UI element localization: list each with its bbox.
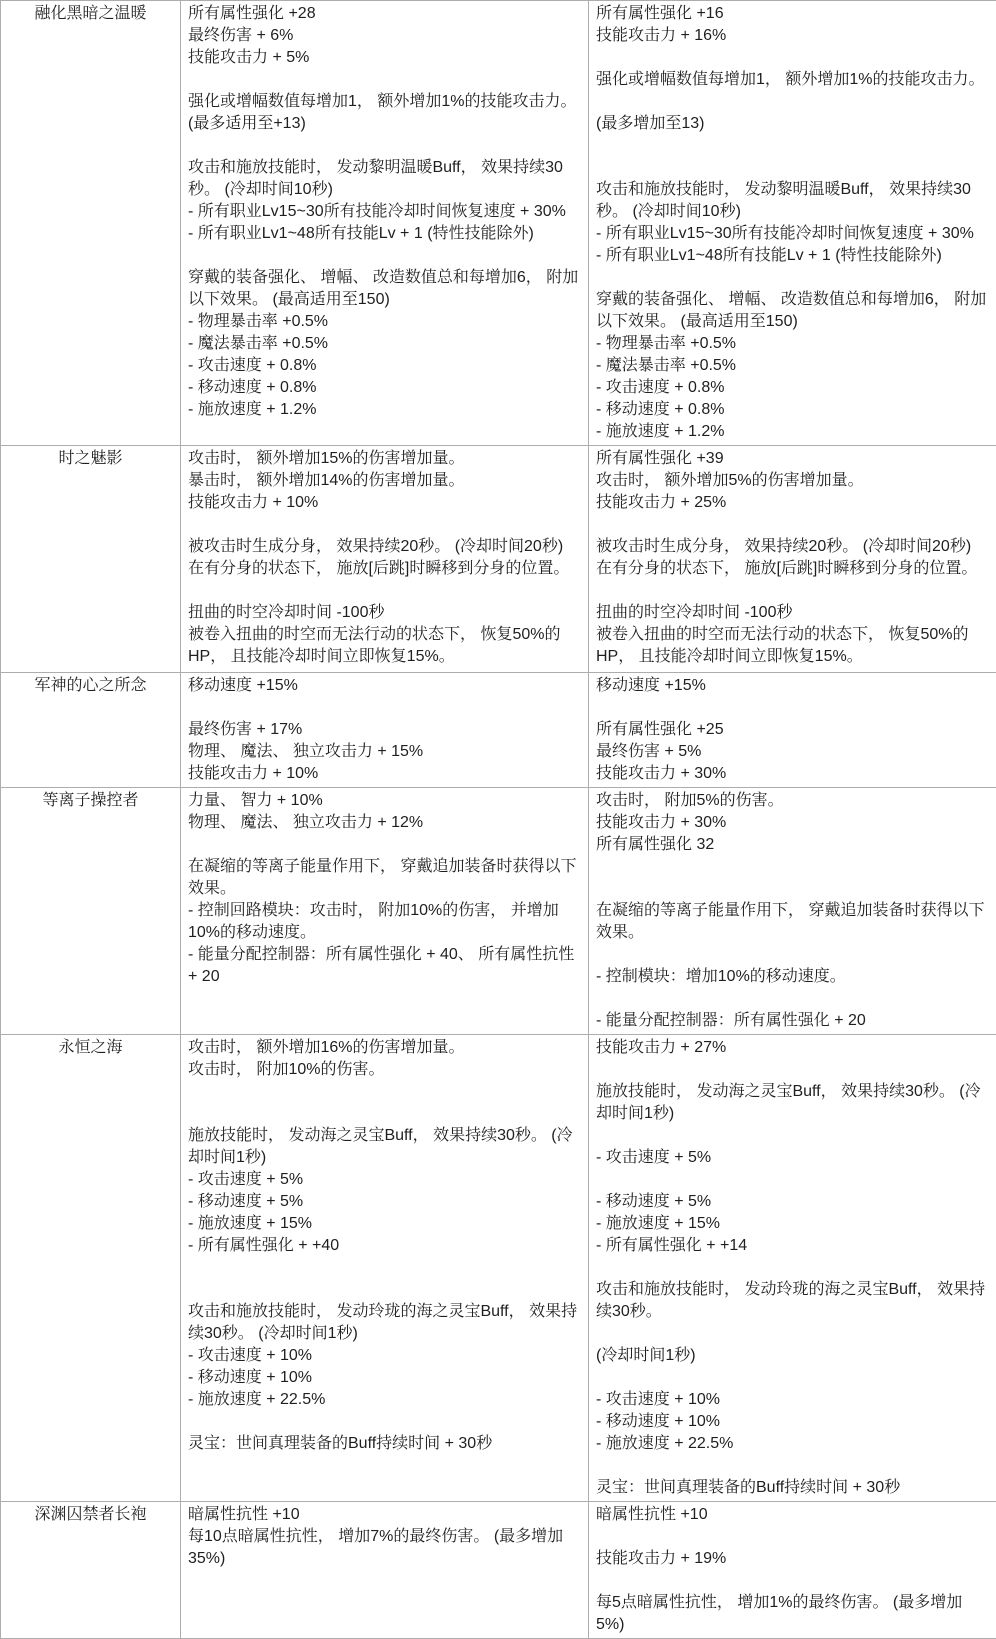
effects-column-a: 攻击时， 额外增加15%的伤害增加量。 暴击时， 额外增加14%的伤害增加量。 … xyxy=(181,446,589,673)
effects-column-b: 技能攻击力 + 27% 施放技能时， 发动海之灵宝Buff， 效果持续30秒。 … xyxy=(589,1035,996,1502)
effects-column-a: 力量、 智力 + 10% 物理、 魔法、 独立攻击力 + 12% 在凝缩的等离子… xyxy=(181,788,589,1035)
effects-column-a: 暗属性抗性 +10 每10点暗属性抗性， 增加7%的最终伤害。 (最多增加35%… xyxy=(181,1502,589,1639)
table-row: 时之魅影 攻击时， 额外增加15%的伤害增加量。 暴击时， 额外增加14%的伤害… xyxy=(1,446,996,673)
effects-column-b: 所有属性强化 +39 攻击时， 额外增加5%的伤害增加量。 技能攻击力 + 25… xyxy=(589,446,996,673)
effects-column-b: 暗属性抗性 +10 技能攻击力 + 19% 每5点暗属性抗性， 增加1%的最终伤… xyxy=(589,1502,996,1639)
item-name: 军神的心之所念 xyxy=(1,673,181,788)
table-row: 等离子操控者 力量、 智力 + 10% 物理、 魔法、 独立攻击力 + 12% … xyxy=(1,788,996,1035)
item-name: 时之魅影 xyxy=(1,446,181,673)
effects-column-a: 移动速度 +15% 最终伤害 + 17% 物理、 魔法、 独立攻击力 + 15%… xyxy=(181,673,589,788)
item-name: 永恒之海 xyxy=(1,1035,181,1502)
item-effects-table: 融化黑暗之温暖 所有属性强化 +28 最终伤害 + 6% 技能攻击力 + 5% … xyxy=(0,0,996,1639)
table-row: 深渊囚禁者长袍 暗属性抗性 +10 每10点暗属性抗性， 增加7%的最终伤害。 … xyxy=(1,1502,996,1639)
table-row: 永恒之海 攻击时， 额外增加16%的伤害增加量。 攻击时， 附加10%的伤害。 … xyxy=(1,1035,996,1502)
item-name: 融化黑暗之温暖 xyxy=(1,1,181,446)
item-name: 等离子操控者 xyxy=(1,788,181,1035)
item-name: 深渊囚禁者长袍 xyxy=(1,1502,181,1639)
table-row: 军神的心之所念 移动速度 +15% 最终伤害 + 17% 物理、 魔法、 独立攻… xyxy=(1,673,996,788)
effects-column-a: 攻击时， 额外增加16%的伤害增加量。 攻击时， 附加10%的伤害。 施放技能时… xyxy=(181,1035,589,1502)
item-effects-page: 融化黑暗之温暖 所有属性强化 +28 最终伤害 + 6% 技能攻击力 + 5% … xyxy=(0,0,996,1639)
effects-column-b: 移动速度 +15% 所有属性强化 +25 最终伤害 + 5% 技能攻击力 + 3… xyxy=(589,673,996,788)
effects-column-b: 攻击时， 附加5%的伤害。 技能攻击力 + 30% 所有属性强化 32 在凝缩的… xyxy=(589,788,996,1035)
table-row: 融化黑暗之温暖 所有属性强化 +28 最终伤害 + 6% 技能攻击力 + 5% … xyxy=(1,1,996,446)
effects-column-a: 所有属性强化 +28 最终伤害 + 6% 技能攻击力 + 5% 强化或增幅数值每… xyxy=(181,1,589,446)
effects-column-b: 所有属性强化 +16 技能攻击力 + 16% 强化或增幅数值每增加1， 额外增加… xyxy=(589,1,996,446)
